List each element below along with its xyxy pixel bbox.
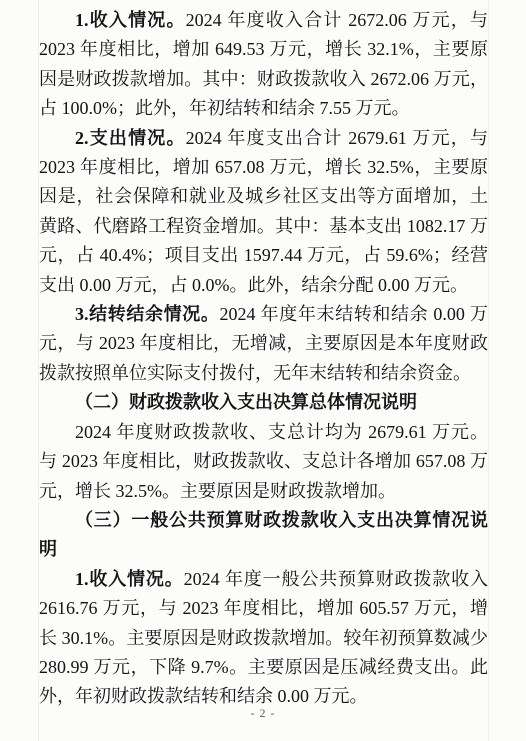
page-number: - 2 -: [0, 706, 526, 721]
paragraph-carryover-lead: 3.结转结余情况。: [75, 304, 220, 324]
paragraph-income-lead: 1.收入情况。: [75, 10, 186, 30]
paragraph-expense-summary: 2.支出情况。2024 年度支出合计 2679.61 万元，与 2023 年度相…: [39, 124, 488, 300]
section-heading-fiscal-appropriation: （二）财政拨款收入支出决算总体情况说明: [39, 388, 488, 417]
paragraph-general-budget-income-lead: 1.收入情况。: [75, 569, 184, 589]
paragraph-expense-lead: 2.支出情况。: [75, 128, 186, 148]
text-column: 1.收入情况。2024 年度收入合计 2672.06 万元，与 2023 年度相…: [39, 6, 488, 712]
paragraph-fiscal-total: 2024 年度财政拨款收、支总计均为 2679.61 万元。与 2023 年度相…: [39, 418, 488, 506]
paragraph-expense-text: 2024 年度支出合计 2679.61 万元，与 2023 年度相比，增加 65…: [39, 128, 488, 295]
paragraph-general-budget-income-text: 2024 年度一般公共预算财政拨款收入 2616.76 万元，与 2023 年度…: [39, 569, 488, 707]
scan-edge-right: [488, 0, 489, 741]
paragraph-income-summary: 1.收入情况。2024 年度收入合计 2672.06 万元，与 2023 年度相…: [39, 6, 488, 124]
paragraph-carryover-summary: 3.结转结余情况。2024 年度年末结转和结余 0.00 万元，与 2023 年…: [39, 300, 488, 388]
section-heading-general-public-budget: （三）一般公共预算财政拨款收入支出决算情况说明: [39, 506, 488, 565]
paragraph-general-budget-income: 1.收入情况。2024 年度一般公共预算财政拨款收入 2616.76 万元，与 …: [39, 565, 488, 712]
